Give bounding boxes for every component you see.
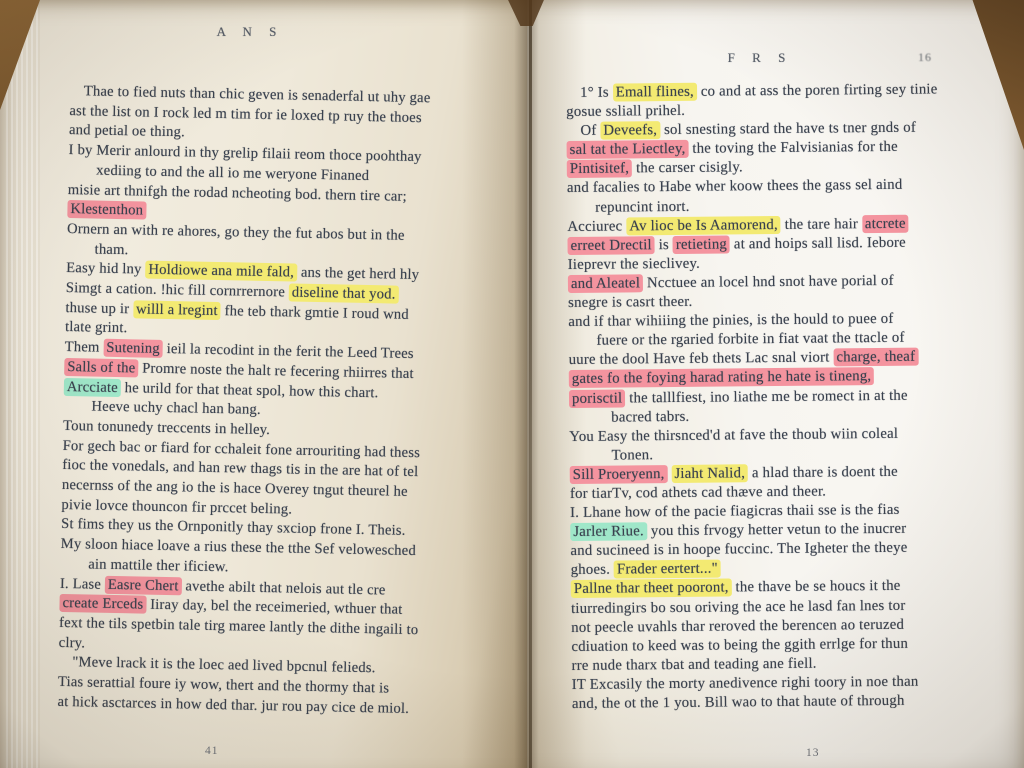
text-segment: not peecle uvahls thar reroved the beren… [571,616,904,635]
text-segment: xediing to and the all io me weryone Fin… [96,162,369,183]
text-segment: the talllfiest, ino liathe me be romect … [625,387,908,406]
text-segment: Simgt a cation. !hic fill cornrrernore [66,280,289,300]
text-segment: and sucineed is in hoope fuccinc. The Ig… [570,540,907,559]
text-segment: the tare hair [781,216,862,233]
text-segment: for tiarTv, cod athets cad thæve and the… [570,483,826,501]
text-segment: ans the get herd hly [297,265,419,283]
text-segment: avethe abilt that nelois aut tle cre [181,578,385,598]
text-segment: tlate grint. [65,319,128,336]
text-segment: Toun tonunedy treccents in helley. [63,418,270,438]
text-segment: is [655,237,673,253]
highlighted-text-yellow: Frader eertert..." [614,560,721,579]
text-segment: the toving the Falvisianias for the [688,139,898,157]
highlighted-text-yellow: Deveefs, [600,121,660,140]
text-segment: IT Excasily the morty anedivence righi t… [572,674,919,693]
highlighted-text-yellow: Pallne thar theet pooront, [571,579,732,599]
right-page-number: 13 [806,747,820,759]
highlighted-text-green: Jarler Riue. [570,522,647,541]
highlighted-text-pink: charge, theaf [833,348,918,367]
highlighted-text-green: Arcciate [64,377,121,396]
highlighted-text-pink: Pintisitef, [567,160,633,179]
text-segment: I. Lase [60,575,105,592]
highlighted-text-pink: porisctil [569,389,625,408]
text-segment: ain mattile ther ificiew. [88,556,229,575]
text-segment: a hlad thare is doent the [748,464,898,481]
highlighted-text-pink: sal tat the Liectley, [567,140,689,159]
text-segment: clry. [59,635,86,652]
text-segment: and, the ot the 1 you. Bill wao to that … [572,693,905,712]
text-segment: Acciurec [567,218,626,235]
highlighted-text-pink: gates fo the foying harad rating he hate… [569,367,875,388]
left-page-number: 41 [205,745,219,757]
left-page-running-header: A N S [0,24,500,40]
highlighted-text-pink: Klestenthon [67,200,146,220]
text-segment: You Easy the thirsnced'd at fave the tho… [569,426,898,445]
text-segment: he urild for that theat spol, how this c… [121,380,379,401]
text-segment: bacred tabrs. [611,408,689,425]
highlighted-text-pink: Sutening [103,339,163,358]
highlighted-text-yellow: Jiaht Nalid, [671,464,748,483]
text-segment: Them [65,339,104,356]
text-segment: Heeve uchy chacl han bang. [91,399,261,418]
text-segment: I. Lhane how of the pacie fiagicras thai… [570,502,900,521]
text-segment: and petial oe thing. [69,122,185,140]
text-segment: ghoes. [571,562,614,578]
text-segment: tiurredingirs bo sou oriving the ace he … [571,597,906,616]
text-segment: uure the dool Have feb thets Lac snal vi… [569,350,834,369]
text-segment: fuere or the rgaried forbite in fiat vaa… [596,330,904,349]
highlighted-text-pink: Sill Proeryenn, [570,465,668,484]
text-segment: at and hoips sall lisd. Iebore [730,234,906,252]
highlighted-text-pink: Easre Chert [105,575,182,595]
text-segment: tham. [94,241,128,258]
highlighted-text-yellow: willl a lregint [133,300,221,320]
highlighted-text-pink: create Erceds [59,594,146,614]
text-segment: you this frvogy hetter vetun to the inuc… [647,521,907,539]
highlighted-text-pink: erreet Drectil [567,236,654,255]
highlighted-text-yellow: diseline that yod. [289,283,399,303]
text-segment: Tonen. [611,447,653,463]
text-segment: rre nude tharx tbat and teading ane fiel… [572,655,817,673]
text-segment: repuncint inort. [595,198,690,215]
text-segment: the carser cisigly. [632,160,743,177]
text-segment: cdiuation to keed was to being the ggith… [571,635,908,654]
open-book: A N S F R S 16 Thae to fied nuts than ch… [0,0,1024,768]
text-segment: fhe teb thark gmtie I roud wnd [221,303,409,323]
highlighted-text-pink: atcrete [862,214,909,232]
text-segment: and if thar wihiiing the pinies, is the … [568,311,893,330]
text-segment: thuse up ir [65,300,133,317]
text-segment: 1° Is [580,85,613,101]
text-segment: the thave be se houcs it the [732,578,901,596]
left-page-text: Thae to fied nuts than chic geven is sen… [57,82,510,721]
highlighted-text-pink: and Aleatel [568,274,643,293]
text-segment: Iiray day, bel the receimeried, wthuer t… [146,597,403,618]
text-segment: pivie lovce thouncon fir prccet beling. [61,497,292,518]
highlighted-text-pink: retieting [673,235,730,254]
right-page-text: 1° Is Emall flines, co and at ass the po… [566,80,1018,714]
highlighted-text-pink: Salls of the [64,358,138,377]
text-segment: gosue ssliall prihel. [566,103,685,120]
text-segment: and facalies to Habe wher koow thees the… [567,177,903,196]
right-page-corner-number: 16 [918,50,932,65]
text-segment: snegre is casrt theer. [568,294,693,311]
text-segment: ieil la recodint in the ferit the Leed T… [163,341,414,362]
highlighted-text-yellow: Av lioc be Is Aamorend, [626,216,781,235]
text-segment: Of [580,123,600,139]
text-segment: sol snesting stard the have ts tner gnds… [660,120,916,138]
text-segment: Iieprevr the sieclivey. [568,256,700,273]
text-segment: Promre noste the halt re fecering rhiirr… [138,360,414,382]
highlighted-text-yellow: Emall flines, [613,83,697,102]
text-segment: co and at ass the poren firting sey tini… [697,81,938,99]
text-segment: Easy hid lny [66,260,146,278]
highlighted-text-yellow: Holdiowe ana mile fald, [145,261,297,282]
text-segment: Ncctuee an locel hnd snot have porial of [643,273,894,291]
right-page-running-header: F R S [640,50,880,66]
